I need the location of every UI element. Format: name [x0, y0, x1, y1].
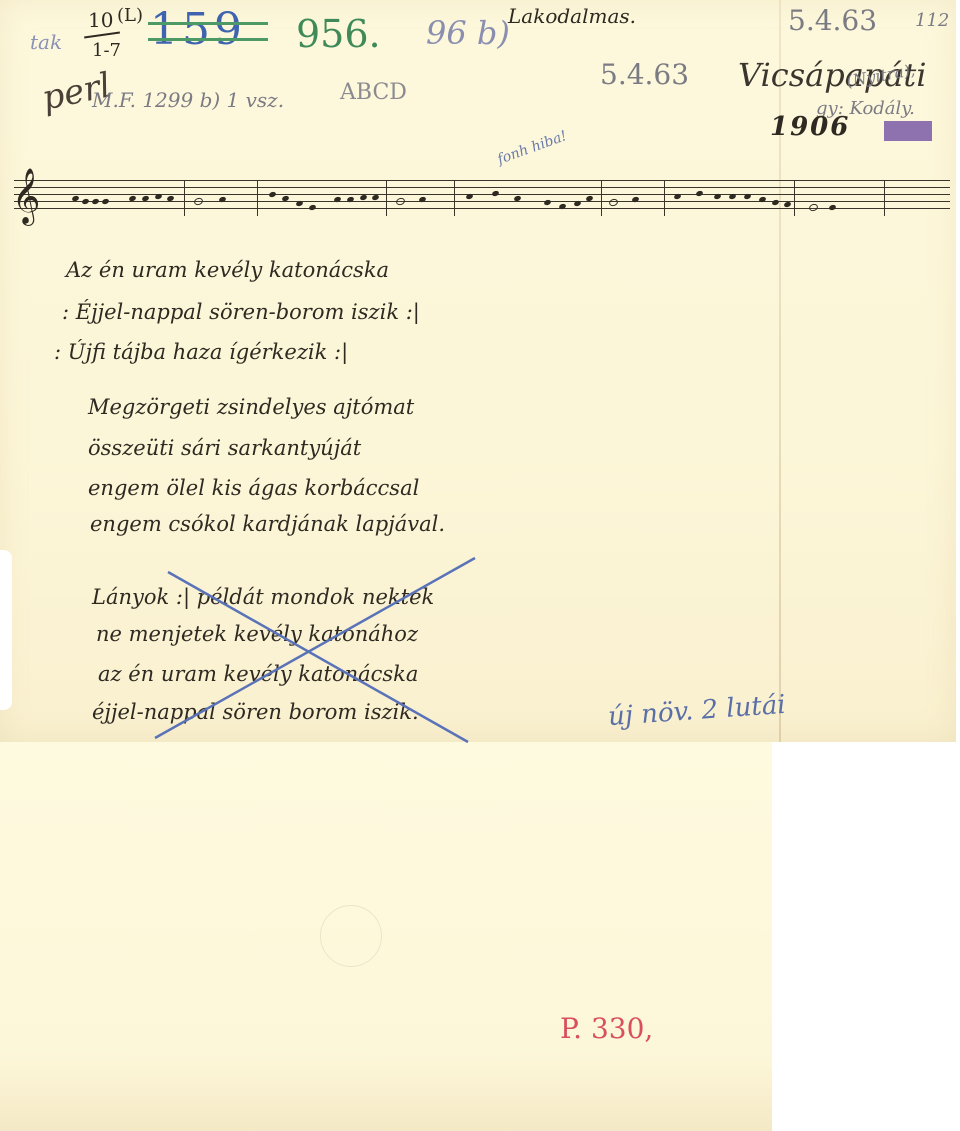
purple-stamp [884, 121, 932, 141]
fraction-denominator: 1-7 [92, 40, 121, 61]
lyric-line-3: : Újfi tájba haza ígérkezik :| [54, 340, 348, 364]
date-mid: 5.4.63 [600, 58, 689, 91]
lyric-line-5: összeüti sári sarkantyúját [88, 436, 361, 460]
lyric-line-2: : Éjjel-nappal sören-borom iszik :| [62, 300, 420, 324]
green-strikethrough-2 [148, 38, 268, 41]
faded-seal [320, 905, 382, 967]
lyric-line-1: Az én uram kevély katonácska [66, 258, 389, 282]
pencil-mark-tak: tak [30, 30, 62, 54]
fraction-numerator: 10 [88, 8, 113, 32]
lyric-line-6: engem ölel kis ágas korbáccsal [88, 476, 419, 500]
crossed-number: 159 [150, 4, 246, 55]
manuscript-sheet-bottom [0, 742, 772, 1131]
song-title: Lakodalmas. [508, 4, 636, 28]
treble-clef-icon: 𝄞 [12, 168, 40, 225]
green-strikethrough-1 [148, 22, 268, 25]
page-number: 112 [915, 10, 949, 31]
green-catalog-number: 956. [296, 12, 381, 56]
code-label: ABCD [340, 80, 407, 105]
year: 1906 [770, 112, 850, 142]
red-reference: P. 330, [560, 1012, 653, 1045]
pencil-ref: 96 b) [426, 14, 510, 52]
date-top: 5.4.63 [788, 4, 877, 37]
music-staff: 𝄞 [14, 180, 950, 216]
fraction-superscript: (L) [117, 5, 143, 26]
lyric-line-4: Megzörgeti zsindelyes ajtómat [88, 395, 414, 419]
blue-cross-out-mark [150, 555, 480, 745]
torn-edge [0, 550, 12, 710]
catalog-reference: M.F. 1299 b) 1 vsz. [92, 88, 284, 112]
lyric-line-7: engem csókol kardjának lapjával. [90, 512, 445, 536]
